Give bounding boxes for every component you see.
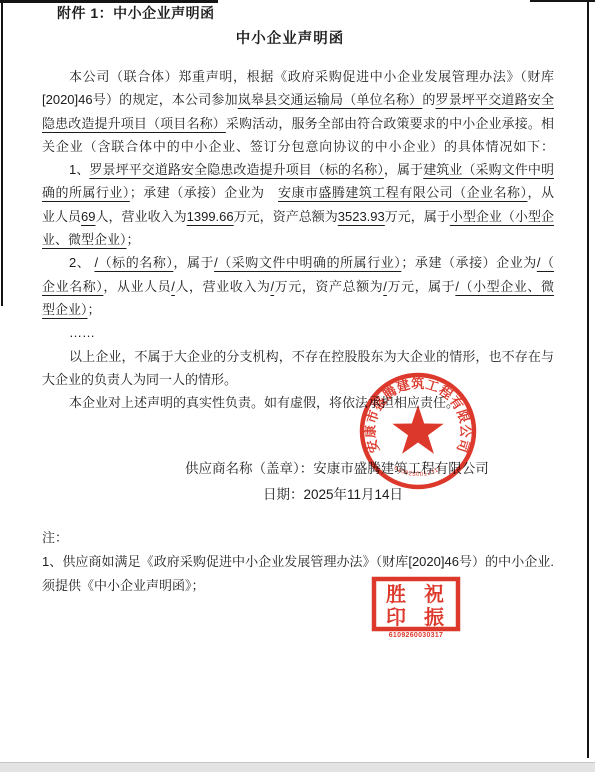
text-segment: 人，营业收入为 [96, 209, 187, 224]
text-line: 型企业）； [42, 298, 554, 321]
text-segment: 关企业（含联合体中的中小企业、签订分包意向协议的中小企业）的具体情况如下： [42, 139, 554, 154]
text-segment: ，从业人员 [103, 279, 171, 294]
scan-right-line [587, 0, 589, 758]
filled-blank: /（小型企业、微 [455, 279, 554, 294]
personal-square-seal: 胜 祝 印 振 6109260030317 [366, 574, 466, 646]
star-icon [392, 405, 443, 454]
filled-blank: /（标的名称） [94, 255, 173, 270]
filled-blank: 3523.93 [338, 209, 385, 224]
text-line: 隐患改造提升项目（项目名称）采购活动，服务全部由符合政策要求的中小企业承接。相 [42, 112, 554, 135]
text-segment: 须提供《中小企业声明函》； [42, 578, 205, 593]
attachment-heading: 附件 1：中小企业声明函 [57, 3, 215, 23]
square-seal-char: 祝 [424, 582, 444, 606]
text-segment: ；承建（承接）企业为 [130, 185, 278, 200]
text-line: 确的所属行业）；承建（承接）企业为 安康市盛腾建筑工程有限公司（企业名称），从 [42, 181, 554, 204]
square-seal-char: 印 [386, 606, 406, 629]
text-segment: …… [69, 325, 95, 340]
text-line: 注： [42, 526, 554, 550]
text-segment: 的 [422, 92, 435, 107]
text-segment: ； [88, 302, 101, 317]
filled-blank: 罗景坪平交道路安全隐患改造提升项目（标的名称） [89, 162, 384, 177]
text-line: …… [42, 321, 554, 344]
text-segment: 注： [42, 530, 68, 545]
text-line: 1、供应商如满足《政府采购促进中小企业发展管理办法》（财库[2020]46号）的… [42, 550, 554, 574]
text-line: 2、 /（标的名称），属于/（采购文件中明确的所属行业）；承建（承接）企业为/（ [42, 251, 554, 274]
company-round-seal: 安康市盛腾建筑工程有限公司 6109250012317 [356, 369, 480, 493]
filled-blank: 建筑业（采购文件中明 [423, 162, 554, 177]
filled-blank: 企业名称） [42, 279, 103, 294]
page-title: 中小企业声明函 [0, 27, 580, 48]
square-seal-char: 胜 [386, 582, 406, 606]
text-line: 以上企业，不属于大企业的分支机构，不存在控股股东为大企业的情形，也不存在与 [42, 345, 554, 368]
text-segment: 业人员 [42, 209, 81, 224]
text-line: 本公司（联合体）郑重声明，根据《政府采购促进中小企业发展管理办法》（财库 [42, 65, 554, 88]
text-line: [2020]46号）的规定，本公司参加岚皋县交通运输局（单位名称）的罗景坪平交道… [42, 88, 554, 111]
text-segment: 万元，属于 [387, 279, 455, 294]
text-line: 业、微型企业）； [42, 228, 554, 251]
text-line: 企业名称），从业人员/人，营业收入为/万元，资产总额为/万元，属于/（小型企业、… [42, 275, 554, 298]
round-seal-number: 6109250012317 [393, 465, 444, 478]
text-line: 业人员69人，营业收入为1399.66万元，资产总额为3523.93万元，属于小… [42, 205, 554, 228]
text-segment: [2020]46号）的规定，本公司参加 [42, 92, 238, 107]
filled-blank: 小型企业（小型企 [450, 209, 554, 224]
text-segment: ，属于 [384, 162, 423, 177]
svg-text:6109250012317: 6109250012317 [393, 465, 444, 478]
text-segment: 万元，资产总额为 [234, 209, 338, 224]
text-segment: ； [127, 232, 140, 247]
text-segment: 1、供应商如满足《政府采购促进中小企业发展管理办法》（财库[2020]46号）的… [42, 554, 554, 569]
text-segment: 采购活动，服务全部由符合政策要求的中小企业承接。相 [226, 116, 554, 131]
text-line: 1、罗景坪平交道路安全隐患改造提升项目（标的名称），属于建筑业（采购文件中明 [42, 158, 554, 181]
square-seal-char: 振 [424, 605, 444, 629]
filled-blank: 隐患改造提升项目（项目名称） [42, 116, 226, 131]
text-segment: 大企业的负责人为同一人的情形。 [42, 372, 237, 387]
text-segment: ；承建（承接）企业为 [401, 255, 536, 270]
text-segment: 万元，资产总额为 [274, 279, 383, 294]
text-segment: ，属于 [173, 255, 214, 270]
scan-top-right-line [530, 0, 595, 2]
scan-bottom-band [0, 762, 595, 772]
declaration-body: 本公司（联合体）郑重声明，根据《政府采购促进中小企业发展管理办法》（财库[202… [42, 65, 554, 414]
filled-blank: 罗景坪平交道路安全 [436, 92, 554, 107]
filled-blank: 安康市盛腾建筑工程有限公司（企业名称） [278, 185, 527, 200]
filled-blank: 业、微型企业） [42, 232, 127, 247]
filled-blank: 型企业） [42, 302, 88, 317]
text-segment: 以上企业，不属于大企业的分支机构，不存在控股股东为大企业的情形，也不存在与 [69, 349, 554, 364]
text-segment: 本公司（联合体）郑重声明，根据《政府采购促进中小企业发展管理办法》（财库 [69, 69, 554, 84]
square-seal-number: 6109260030317 [389, 632, 444, 639]
text-segment: 2、 [69, 255, 94, 270]
notes-block: 注：1、供应商如满足《政府采购促进中小企业发展管理办法》（财库[2020]46号… [42, 526, 554, 598]
filled-blank: 69 [81, 209, 95, 224]
filled-blank: /（采购文件中明确的所属行业） [214, 255, 401, 270]
filled-blank: 岚皋县交通运输局（单位名称） [238, 92, 423, 107]
filled-blank: /（ [537, 255, 554, 270]
filled-blank: 确的所属行业） [42, 185, 130, 200]
text-segment: ，从 [528, 185, 554, 200]
text-segment: 1、 [69, 162, 89, 177]
text-segment: 万元，属于 [385, 209, 450, 224]
filled-blank: 1399.66 [187, 209, 234, 224]
text-line: 须提供《中小企业声明函》； [42, 574, 554, 598]
text-line: 关企业（含联合体中的中小企业、签订分包意向协议的中小企业）的具体情况如下： [42, 135, 554, 158]
text-segment: 人，营业收入为 [175, 279, 271, 294]
